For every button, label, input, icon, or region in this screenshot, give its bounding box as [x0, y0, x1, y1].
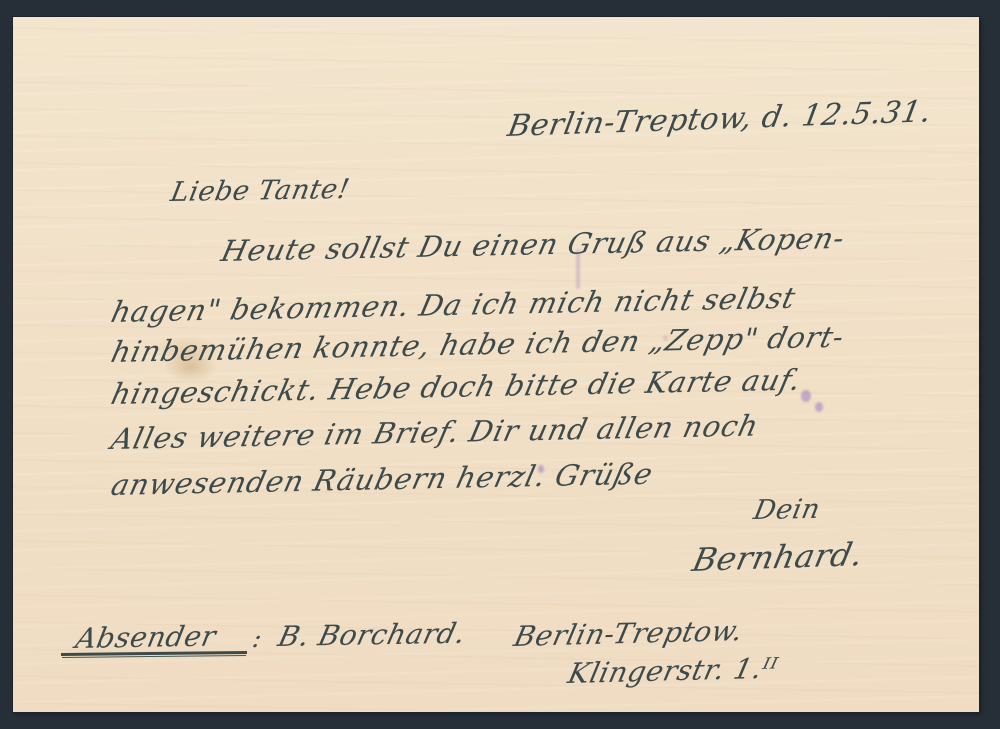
sender-label: Absender	[73, 620, 219, 655]
body-line: hinbemühen konnte, habe ich den „Zepp" d…	[108, 320, 848, 369]
body-line: hagen" bekommen. Da ich mich nicht selbs…	[108, 281, 799, 329]
sender-city: Berlin-Treptow.	[511, 614, 746, 653]
body-line: anwesenden Räubern herzl. Grüße	[108, 457, 656, 502]
stamp-ink-mark	[801, 390, 811, 402]
sender-label-underline	[61, 651, 247, 656]
sender-name: B. Borchard.	[275, 617, 469, 653]
sender-street: Klingerstr. 1.ᴵᴵ	[565, 652, 781, 690]
body-line: Alles weitere im Brief. Dir und allen no…	[108, 409, 762, 456]
place-date: Berlin-Treptow, d. 12.5.31.	[505, 94, 934, 144]
postcard: Berlin-Treptow, d. 12.5.31. Liebe Tante!…	[13, 17, 979, 712]
salutation: Liebe Tante!	[168, 174, 352, 208]
body-line: Heute sollst Du einen Gruß aus „Kopen-	[218, 221, 848, 268]
sender-colon: :	[250, 624, 265, 654]
closing: Dein	[751, 494, 823, 526]
stamp-ink-mark	[815, 402, 823, 412]
signature: Bernhard.	[689, 535, 867, 579]
